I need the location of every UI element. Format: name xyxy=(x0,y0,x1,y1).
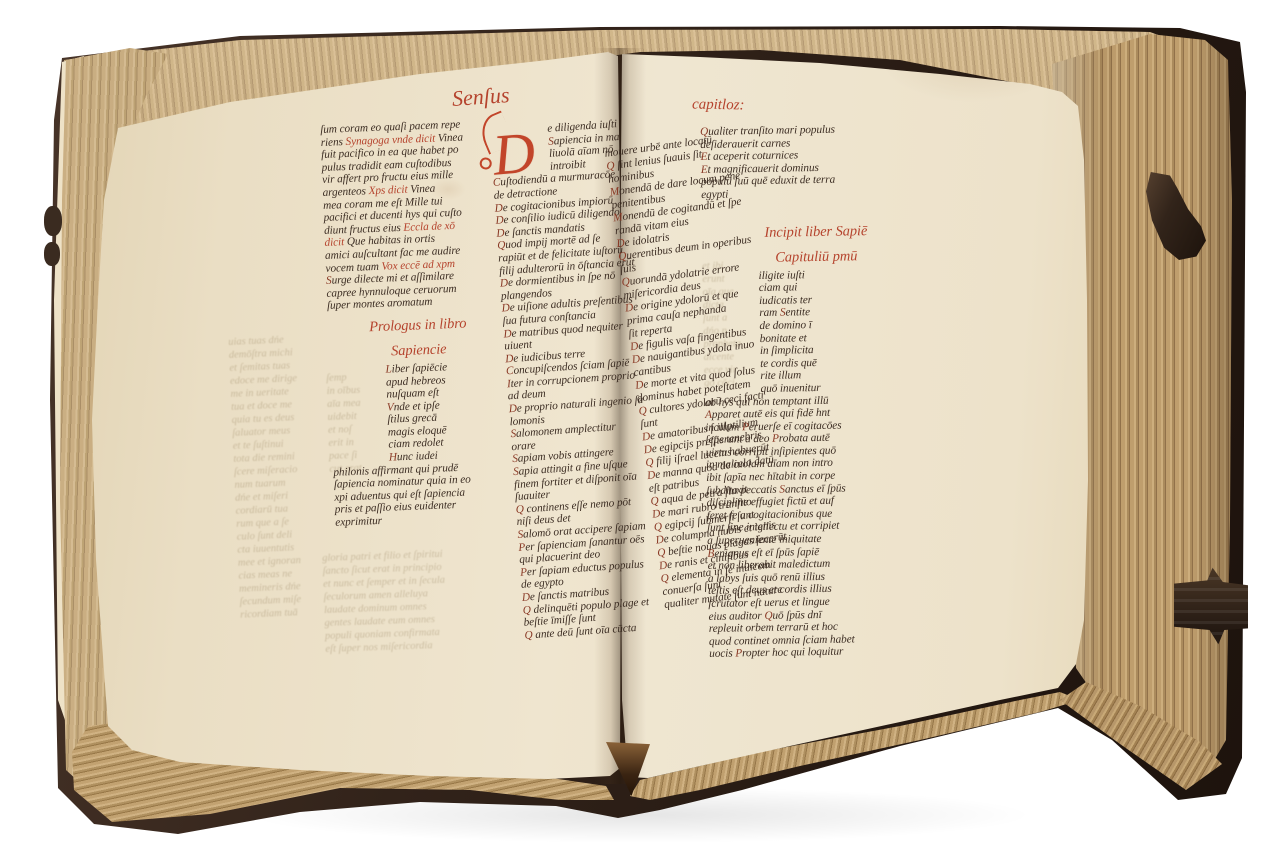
text-segment: ſeperant a deo xyxy=(705,433,772,446)
text-segment: anctus eī ſpūs xyxy=(785,482,846,495)
text-segment: Xps dicit xyxy=(368,184,410,198)
text-segment: t magnificauerit dominus xyxy=(707,162,818,176)
running-title-right: capitloz: xyxy=(692,97,745,115)
clasp-anchor-lower xyxy=(44,242,60,266)
text-line xyxy=(701,198,929,218)
text-segment: t aceperit coturnices xyxy=(707,149,798,163)
text-segment: uō ſpūs dnī xyxy=(772,609,821,622)
text-segment: ſubdito peccatis xyxy=(706,483,779,496)
text-segment: ropter hoc qui loquitur xyxy=(742,646,843,660)
text-segment: te cordis quē xyxy=(760,357,817,370)
text-segment: nde et ipſe xyxy=(394,399,440,413)
text-segment: eruerſe eī cogitacōes xyxy=(749,419,842,433)
text-segment: Vinea xyxy=(438,131,463,144)
text-segment: Prologus in libro xyxy=(369,315,467,335)
clasp-anchor-upper xyxy=(44,206,62,236)
bleedthrough-text-column-bottom: gloria patri et filio et ſpirituiſancto … xyxy=(322,548,447,656)
text-segment: iligite iuſti xyxy=(759,269,805,282)
text-segment: ciam qui xyxy=(759,281,798,294)
text-segment: ram xyxy=(759,307,780,319)
bleedthrough-text-margin: uias tuas dńedemōſtra michiet ſemitas tu… xyxy=(228,333,307,622)
running-title-left: Senſus xyxy=(451,82,510,112)
text-segment: argenteos xyxy=(322,185,368,199)
text-segment: riens xyxy=(320,136,345,149)
text-segment: eius auditor xyxy=(708,610,764,623)
text-segment: iudicatis ter xyxy=(759,294,812,307)
text-segment: dicit xyxy=(324,236,347,249)
text-segment: Sapiencie xyxy=(391,341,447,359)
text-segment: Q xyxy=(700,126,708,138)
text-segment: populū ſuū quē eduxit de terra xyxy=(701,174,835,188)
text-segment: entite xyxy=(785,306,810,318)
decorated-initial-d: D xyxy=(491,123,538,184)
text-segment: robata autē xyxy=(779,432,830,445)
text-segment: Eccla de xō xyxy=(403,220,455,234)
left-page-column-1: ſum coram eo quaſi pacem reperiens Synag… xyxy=(320,117,515,529)
text-segment: deſiderauerit carnes xyxy=(700,137,790,151)
text-segment: quō inuenitur xyxy=(760,382,820,395)
text-segment: Q xyxy=(764,609,772,621)
text-segment: in illum xyxy=(705,421,742,434)
text-segment: in ſimplicita xyxy=(760,344,814,357)
text-segment: unc iudei xyxy=(397,450,438,464)
text-line: Capituliū pmū xyxy=(702,246,930,268)
text-segment: ualiter tranſito mari populus xyxy=(708,124,835,138)
text-segment: Vinea xyxy=(410,183,435,196)
text-line: Prologus in libro xyxy=(328,313,509,338)
manuscript-photo: uias tuas dńedemōſtra michiet ſemitas tu… xyxy=(0,0,1280,860)
text-segment: ſunt xyxy=(640,416,659,430)
text-segment: Capituliū pmū xyxy=(775,248,857,265)
right-page-column-2: Qualiter tranſito mari populusdeſideraue… xyxy=(700,122,937,661)
text-segment: rite illum xyxy=(760,370,801,383)
text-segment: orare xyxy=(511,439,536,453)
text-segment: enignus eſt eī ſpūs ſapiē xyxy=(714,546,819,560)
text-segment: de domino ī xyxy=(759,319,811,332)
text-segment: ſuis xyxy=(619,262,636,276)
text-segment: bonitate et xyxy=(760,332,807,345)
text-segment: exprimitur xyxy=(335,515,382,529)
text-line: Incipit liber Sapiē xyxy=(702,221,930,243)
text-segment: egypti xyxy=(701,188,728,200)
text-segment: ſtilus grecā xyxy=(387,412,437,426)
text-segment: uocis xyxy=(709,648,735,660)
text-segment: Incipit liber Sapiē xyxy=(764,223,867,241)
